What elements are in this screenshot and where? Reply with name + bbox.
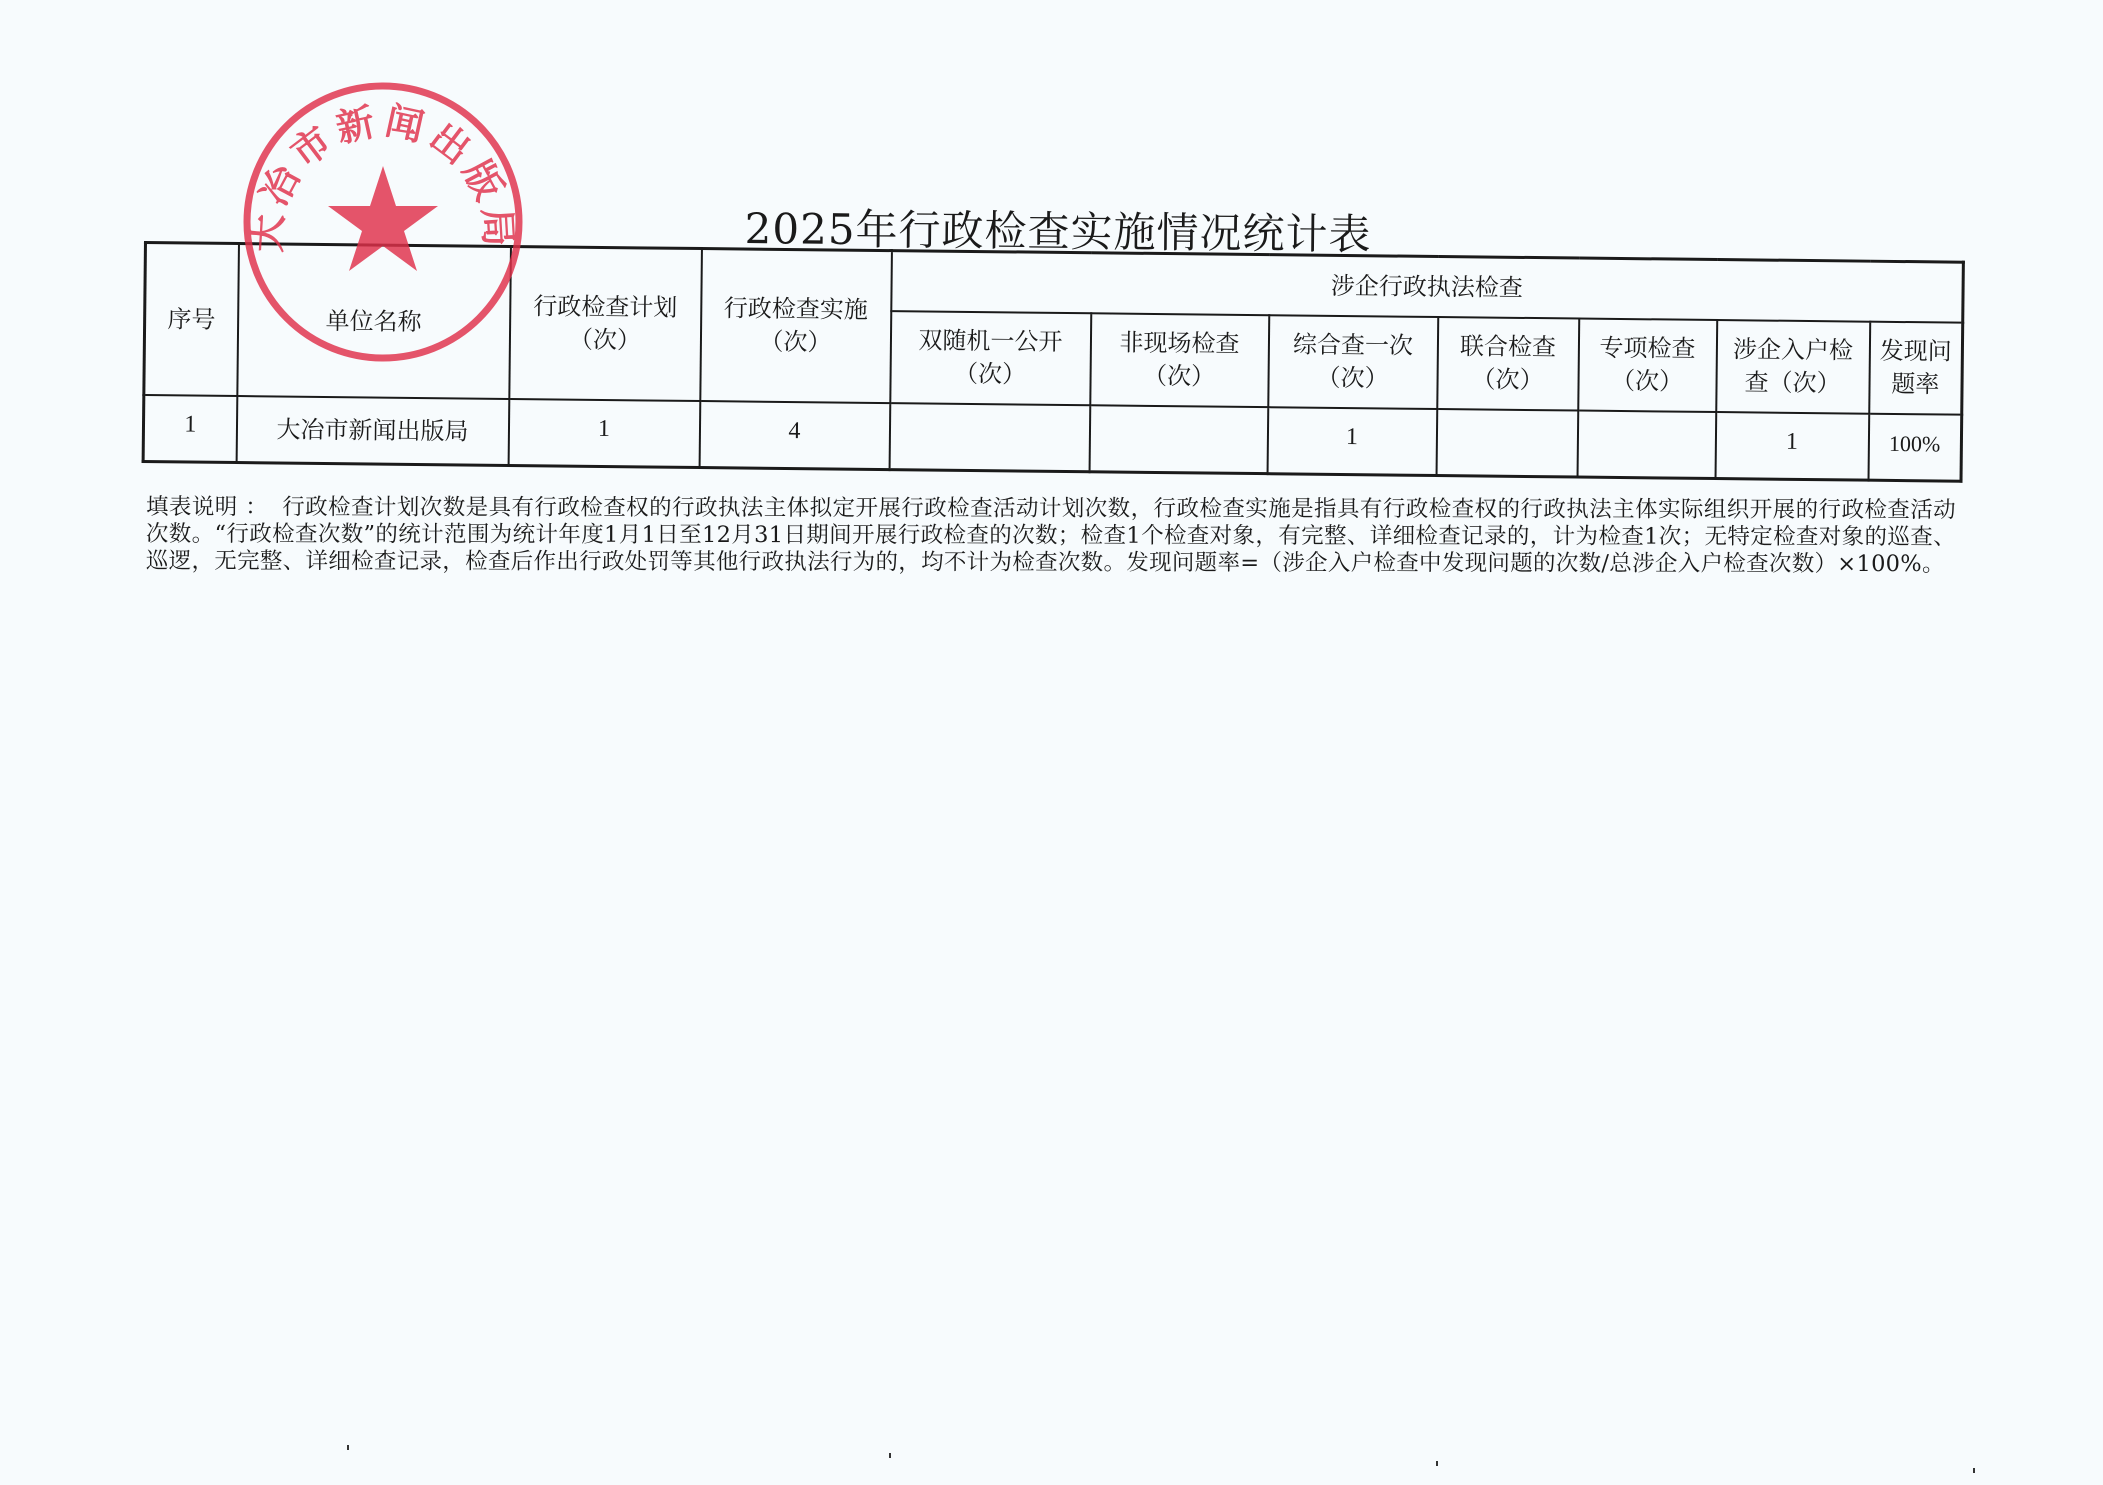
cell-problem-rate: 100% [1868,414,1962,482]
scan-speck [1436,1461,1438,1466]
header-comprehensive-once: 综合查一次 （次） [1268,315,1438,409]
header-problem-rate-line2: 题率 [1870,368,1961,402]
header-comprehensive-once-line2: （次） [1269,361,1436,396]
note-label: 填表说明 ： [146,494,268,520]
scan-speck [889,1453,891,1458]
scan-speck [1973,1468,1975,1473]
header-enterprise-visit: 涉企入户检 查（次） [1716,320,1870,414]
statistics-table: 序号 单位名称 行政检查计划 （次） 行政检查实施 （次） 涉企行政执法检查 双… [142,241,1965,483]
header-index: 序号 [144,243,239,396]
cell-implemented: 4 [699,401,890,470]
header-plan-line1: 行政检查计划 [511,290,700,325]
header-enterprise-visit-line1: 涉企入户检 [1717,333,1868,368]
cell-off-site [1089,405,1268,473]
header-plan-line2: （次） [510,323,699,358]
header-comprehensive-once-line1: 综合查一次 [1269,328,1436,363]
header-implemented: 行政检查实施 （次） [700,249,892,404]
note-text: 行政检查计划次数是具有行政检查权的行政执法主体拟定开展行政检查活动计划次数，行政… [146,494,1956,577]
header-special-line2: （次） [1579,365,1715,399]
header-unit-name: 单位名称 [237,244,511,399]
cell-joint [1436,409,1578,477]
header-joint: 联合检查 （次） [1437,317,1579,411]
cell-plan: 1 [508,399,700,468]
header-double-random-line2: （次） [891,357,1089,392]
header-double-random: 双随机一公开 （次） [890,311,1091,405]
cell-comprehensive-once: 1 [1267,407,1437,475]
header-off-site-line1: 非现场检查 [1091,326,1267,361]
cell-special [1577,411,1716,479]
svg-text:大冶市新闻出版局: 大冶市新闻出版局 [245,98,521,253]
stamp-text: 大冶市新闻出版局 [245,98,521,253]
header-joint-line1: 联合检查 [1438,330,1577,365]
header-problem-rate-line1: 发现问 [1870,335,1961,369]
header-problem-rate: 发现问 题率 [1869,322,1963,415]
header-special: 专项检查 （次） [1578,319,1717,412]
cell-index: 1 [143,395,237,463]
cell-double-random [889,403,1090,472]
statistics-table-wrapper: 序号 单位名称 行政检查计划 （次） 行政检查实施 （次） 涉企行政执法检查 双… [142,241,1965,483]
header-off-site-line2: （次） [1091,359,1267,394]
header-plan: 行政检查计划 （次） [509,246,702,401]
cell-unit-name: 大冶市新闻出版局 [236,396,509,465]
header-joint-line2: （次） [1438,363,1577,398]
header-double-random-line1: 双随机一公开 [891,324,1089,359]
scan-speck [347,1445,349,1450]
header-off-site: 非现场检查 （次） [1090,313,1269,407]
header-implemented-line1: 行政检查实施 [702,292,890,327]
cell-enterprise-visit: 1 [1715,412,1869,480]
header-enterprise-visit-line2: 查（次） [1717,366,1868,401]
header-special-line1: 专项检查 [1579,332,1715,366]
header-implemented-line2: （次） [701,325,889,360]
fill-instructions-note: 填表说明 ：行政检查计划次数是具有行政检查权的行政执法主体拟定开展行政检查活动计… [146,494,1956,578]
